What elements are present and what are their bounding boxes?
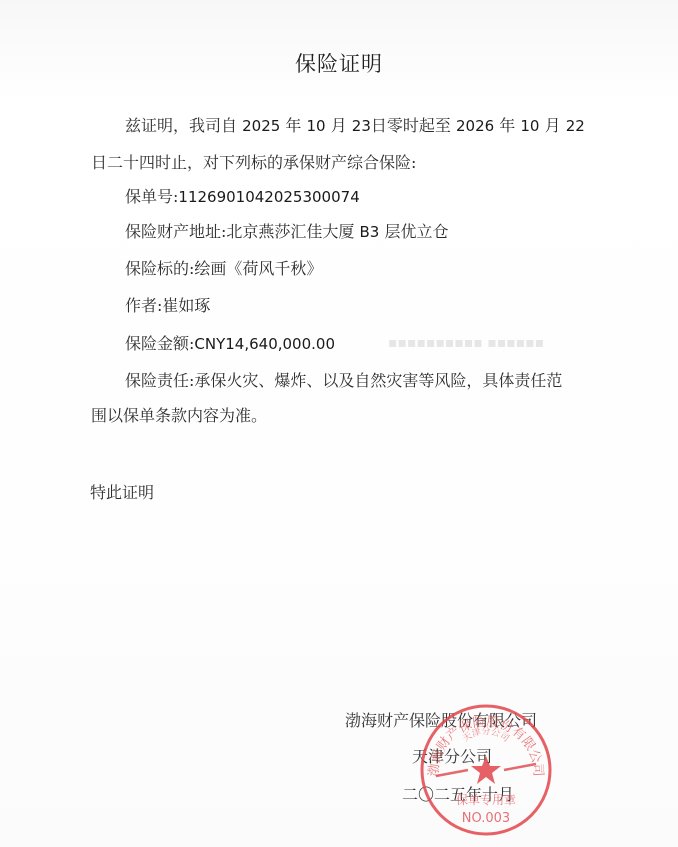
certification-line-1: 兹证明，我司自 2025 年 10 月 23日零时起至 2026 年 10 月 … bbox=[125, 113, 585, 136]
address-value: 北京燕莎汇佳大厦 bbox=[226, 222, 354, 241]
end-month: 10 bbox=[520, 117, 539, 135]
amount-value: CNY14,640,000.00 bbox=[194, 335, 335, 353]
seal-bottom-text: 保单专用章 bbox=[456, 792, 516, 807]
address-label: 保险财产地址: bbox=[125, 222, 226, 241]
cert-mid: 日零时起至 bbox=[371, 116, 451, 135]
official-seal-icon: 渤海财产保险股份有限公司 天津分公司 保单专用章 NO.003 bbox=[418, 702, 554, 838]
liability-value: 承保火灾、爆炸、以及自然灾害等风险，具体责任范 bbox=[194, 371, 562, 390]
cert-intro: 兹证明，我司自 bbox=[125, 116, 237, 135]
author-row: 作者:崔如琢 bbox=[125, 293, 210, 316]
end-year: 2026 bbox=[456, 117, 494, 135]
closing-statement: 特此证明 bbox=[90, 480, 154, 503]
policy-number-value: 1126901042025300074 bbox=[178, 188, 359, 206]
bleed-through-text: ▪▪▪▪▪▪▪▪▪▪ ▪▪▪▪▪▪ bbox=[388, 335, 544, 351]
liability-row-continued: 围以保单条款内容为准。 bbox=[91, 403, 267, 426]
subject-value: 绘画《荷风千秋》 bbox=[194, 259, 322, 278]
amount-label: 保险金额: bbox=[125, 334, 194, 353]
month-label: 月 bbox=[331, 116, 347, 135]
policy-number-row: 保单号:1126901042025300074 bbox=[125, 184, 360, 207]
policy-number-label: 保单号: bbox=[125, 187, 178, 206]
seal-number: NO.003 bbox=[462, 811, 510, 826]
document-title: 保险证明 bbox=[0, 48, 678, 78]
liability-label: 保险责任: bbox=[125, 371, 194, 390]
certification-line-2: 日二十四时止，对下列标的承保财产综合保险: bbox=[91, 150, 416, 173]
start-day: 23 bbox=[352, 117, 371, 135]
month-label: 月 bbox=[545, 116, 561, 135]
author-value: 崔如琢 bbox=[162, 296, 210, 315]
end-day: 22 bbox=[566, 117, 585, 135]
liability-row: 保险责任:承保火灾、爆炸、以及自然灾害等风险，具体责任范 bbox=[125, 368, 562, 391]
address-row: 保险财产地址:北京燕莎汇佳大厦 B3 层优立仓 bbox=[125, 219, 448, 242]
subject-label: 保险标的: bbox=[125, 259, 194, 278]
amount-row: 保险金额:CNY14,640,000.00 bbox=[125, 331, 335, 354]
start-month: 10 bbox=[307, 117, 326, 135]
author-label: 作者: bbox=[125, 296, 162, 315]
start-year: 2025 bbox=[242, 117, 280, 135]
address-value-post: 层优立仓 bbox=[384, 222, 448, 241]
year-label: 年 bbox=[285, 116, 301, 135]
subject-row: 保险标的:绘画《荷风千秋》 bbox=[125, 256, 322, 279]
year-label: 年 bbox=[499, 116, 515, 135]
address-floor: B3 bbox=[360, 223, 380, 241]
